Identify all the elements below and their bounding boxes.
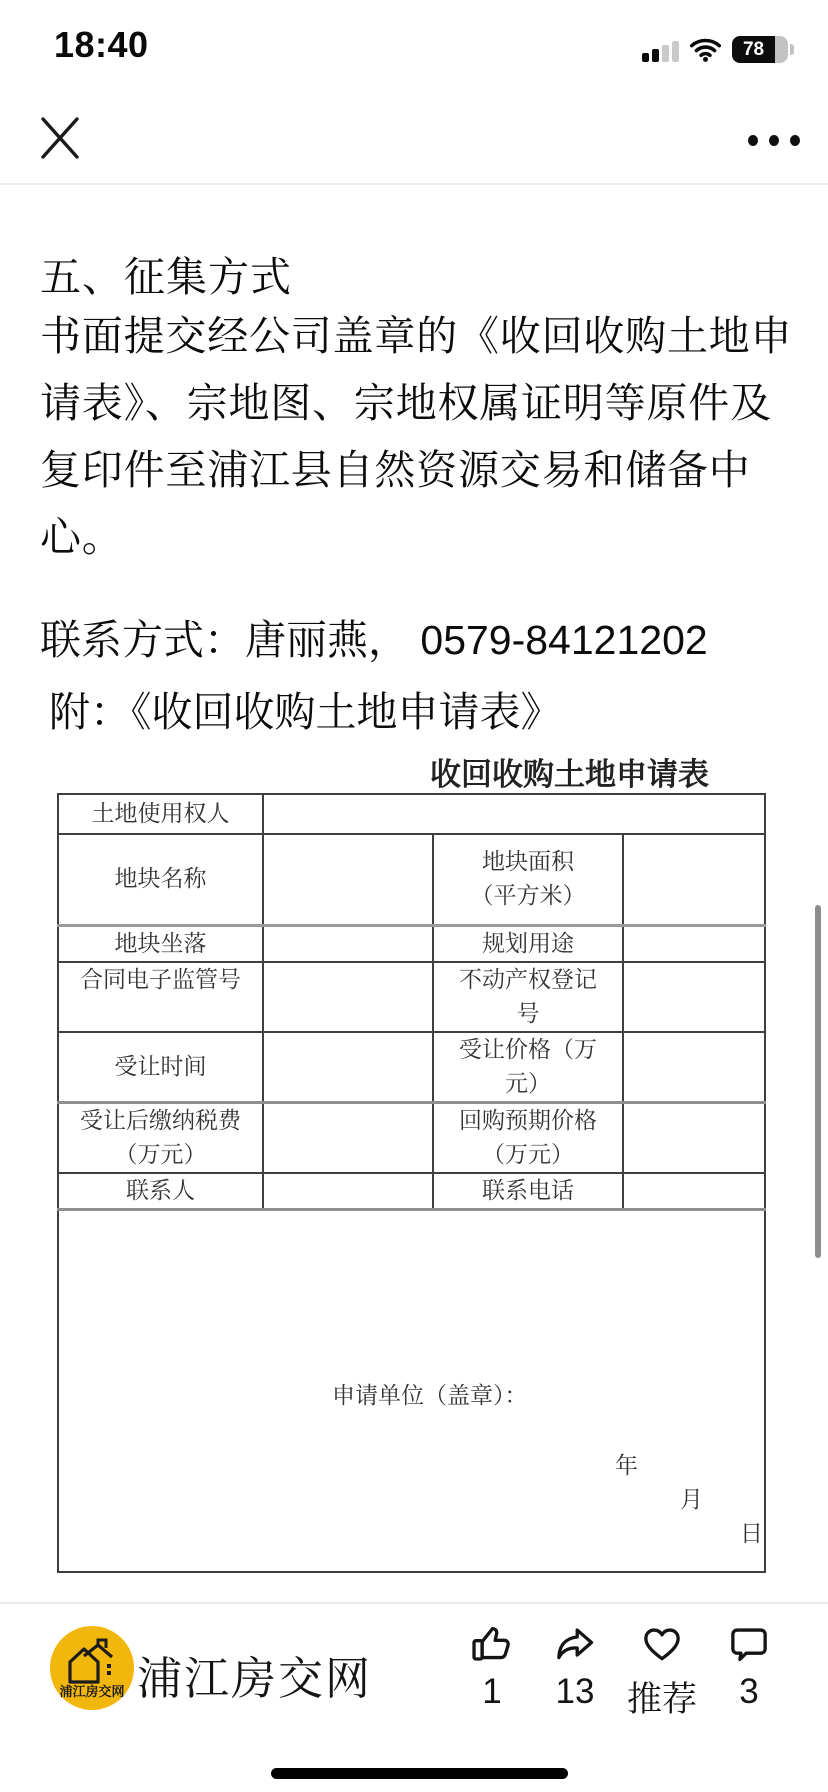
share-count: 13 xyxy=(556,1672,595,1712)
home-indicator[interactable] xyxy=(271,1768,568,1779)
brand-name: 浦江房交网 xyxy=(137,1642,372,1707)
like-button[interactable]: 1 xyxy=(452,1622,532,1712)
form-value-cell xyxy=(623,834,765,925)
close-button[interactable] xyxy=(38,114,82,162)
brand-logo[interactable]: 浦江房交网 xyxy=(50,1626,134,1710)
date-line: 年 月 日 xyxy=(59,1415,764,1551)
comment-bubble-icon xyxy=(727,1622,771,1666)
like-count: 1 xyxy=(482,1672,501,1712)
form-value-cell xyxy=(623,925,765,962)
attachment-line: 附：《收回收购土地申请表》 xyxy=(49,679,562,738)
form-value-cell xyxy=(263,1102,433,1173)
svg-text:浦江房交网: 浦江房交网 xyxy=(59,1684,124,1699)
form-label: 受让后缴纳税费 （万元） xyxy=(58,1102,263,1173)
comment-button[interactable]: 3 xyxy=(709,1622,789,1712)
form-value-cell xyxy=(623,962,765,1032)
month-label: 月 xyxy=(680,1483,703,1517)
form-value-cell xyxy=(263,1032,433,1103)
share-button[interactable]: 13 xyxy=(535,1622,615,1712)
heart-icon xyxy=(640,1622,684,1666)
screen: 18:40 78 五、征集方式 书面提交经公司盖章的《收回收购土地申 请表》、宗… xyxy=(0,0,828,1792)
form-value-cell xyxy=(263,962,433,1032)
scrollbar[interactable] xyxy=(815,905,821,1258)
form-value-cell xyxy=(263,794,765,834)
signal-icon xyxy=(642,38,679,62)
table-row: 地块名称 地块面积 （平方米） xyxy=(58,834,765,925)
form-value-cell xyxy=(263,1173,433,1210)
table-row: 地块坐落 规划用途 xyxy=(58,925,765,962)
wifi-icon xyxy=(689,37,722,62)
status-icons: 78 xyxy=(642,36,794,63)
form-label: 联系电话 xyxy=(433,1173,623,1210)
more-icon xyxy=(748,135,758,146)
form-label: 联系人 xyxy=(58,1173,263,1210)
form-label: 回购预期价格 （万元） xyxy=(433,1102,623,1173)
form-label: 不动产权登记 号 xyxy=(433,962,623,1032)
year-label: 年 xyxy=(615,1449,638,1483)
seal-label: 申请单位（盖章）： xyxy=(332,1379,528,1413)
body-line: 请表》、宗地图、宗地权属证明等原件及 xyxy=(40,370,790,429)
section-heading: 五、征集方式 xyxy=(40,244,292,303)
share-arrow-icon xyxy=(553,1622,597,1666)
form-label: 地块坐落 xyxy=(58,925,263,962)
comment-count: 3 xyxy=(739,1672,758,1712)
contact-line: 联系方式：唐丽燕， 0579-84121202 xyxy=(40,607,708,666)
form-value-cell xyxy=(263,925,433,962)
day-label: 日 xyxy=(740,1517,763,1551)
form-label: 地块名称 xyxy=(58,834,263,925)
form-label: 受让价格（万 元） xyxy=(433,1032,623,1103)
form-value-cell xyxy=(263,834,433,925)
footer-divider xyxy=(0,1602,828,1604)
battery-icon: 78 xyxy=(732,36,788,63)
more-button[interactable] xyxy=(748,120,806,160)
table-row: 受让后缴纳税费 （万元） 回购预期价格 （万元） xyxy=(58,1102,765,1173)
form-label: 土地使用权人 xyxy=(58,794,263,834)
body-line: 书面提交经公司盖章的《收回收购土地申 xyxy=(40,303,790,362)
signature-cell: 申请单位（盖章）： 年 月 日 xyxy=(58,1209,765,1572)
table-row: 联系人 联系电话 xyxy=(58,1173,765,1210)
table-row: 申请单位（盖章）： 年 月 日 xyxy=(58,1209,765,1572)
form-value-cell xyxy=(623,1173,765,1210)
status-time: 18:40 xyxy=(54,24,149,66)
battery-percent-label: 78 xyxy=(732,37,775,62)
form-label: 合同电子监管号 xyxy=(58,962,263,1032)
application-form-table: 土地使用权人 地块名称 地块面积 （平方米） 地块坐落 规划用途 合同电子监管号… xyxy=(57,793,766,1573)
close-icon xyxy=(38,114,82,162)
nav-divider xyxy=(0,183,828,185)
form-label: 受让时间 xyxy=(58,1032,263,1103)
recommend-label: 推荐 xyxy=(627,1672,697,1722)
battery-nub xyxy=(790,44,794,55)
form-value-cell xyxy=(623,1032,765,1103)
table-row: 土地使用权人 xyxy=(58,794,765,834)
form-label: 地块面积 （平方米） xyxy=(433,834,623,925)
form-value-cell xyxy=(623,1102,765,1173)
table-row: 合同电子监管号 不动产权登记 号 xyxy=(58,962,765,1032)
brand-logo-icon: 浦江房交网 xyxy=(50,1626,134,1710)
body-line: 心。 xyxy=(40,504,790,563)
table-row: 受让时间 受让价格（万 元） xyxy=(58,1032,765,1103)
recommend-button[interactable]: 推荐 xyxy=(622,1622,702,1722)
form-label: 规划用途 xyxy=(433,925,623,962)
body-line: 复印件至浦江县自然资源交易和储备中 xyxy=(40,437,790,496)
thumbs-up-icon xyxy=(470,1622,514,1666)
form-title: 收回收购土地申请表 xyxy=(430,749,709,794)
